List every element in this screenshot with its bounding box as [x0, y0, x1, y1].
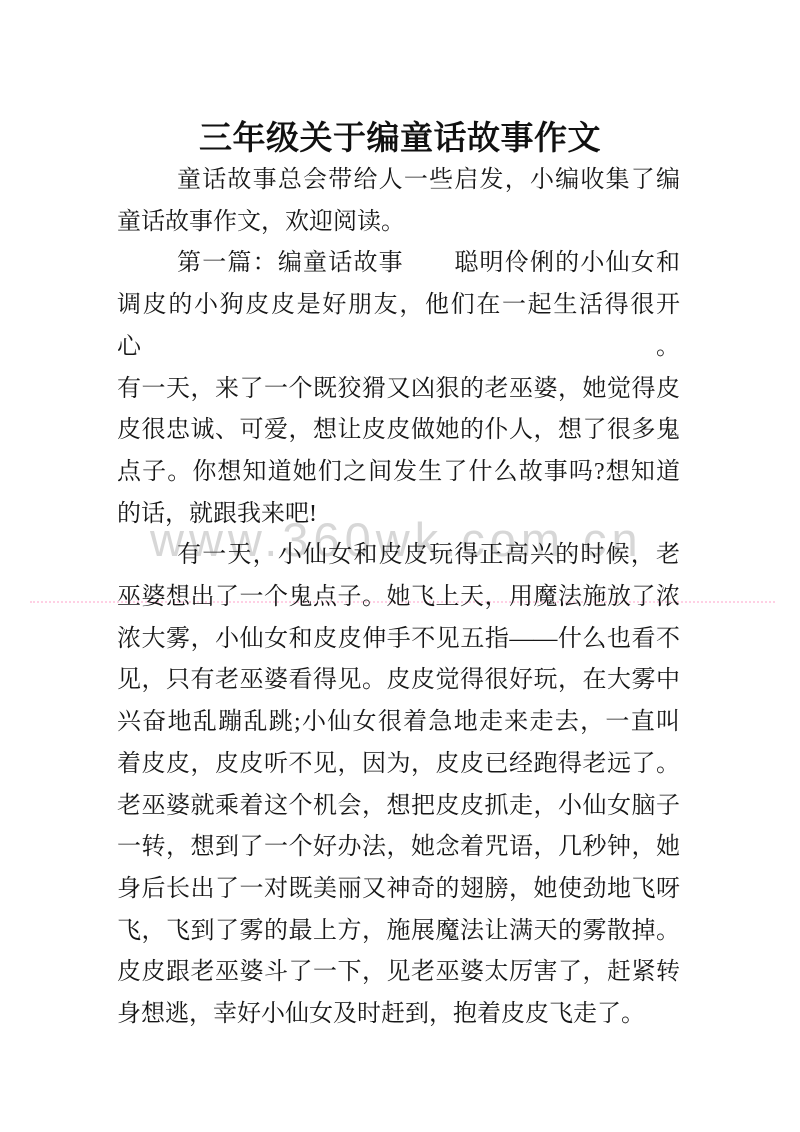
text-line: 飞，飞到了雾的最上方，施展魔法让满天的雾散掉。 — [117, 911, 680, 953]
text-line: 老巫婆就乘着这个机会，想把皮皮抓走，小仙女脑子 — [117, 786, 680, 828]
text-line: 一转，想到了一个好办法，她念着咒语，几秒钟，她 — [117, 827, 680, 869]
text-line: 童话故事总会带给人一些启发，小编收集了编 — [117, 160, 680, 202]
text-line: 点子。你想知道她们之间发生了什么故事吗?想知道 — [117, 452, 680, 494]
document-page: www.360wk.com.cn 三年级关于编童话故事作文 童话故事总会带给人一… — [0, 0, 800, 1132]
text-line: 见，只有老巫婆看得见。皮皮觉得很好玩，在大雾中 — [117, 660, 680, 702]
text-line: 着皮皮，皮皮听不见，因为，皮皮已经跑得老远了。 — [117, 744, 680, 786]
text-line: 身后长出了一对既美丽又神奇的翅膀，她使劲地飞呀 — [117, 869, 680, 911]
text-line: 巫婆想出了一个鬼点子。她飞上天，用魔法施放了浓 — [117, 577, 680, 619]
page-title: 三年级关于编童话故事作文 — [0, 116, 800, 162]
text-line: 调皮的小狗皮皮是好朋友，他们在一起生活得很开心。 — [117, 285, 680, 368]
text-line: 皮很忠诚、可爱，想让皮皮做她的仆人，想了很多鬼 — [117, 410, 680, 452]
text-line: 兴奋地乱蹦乱跳;小仙女很着急地走来走去，一直叫 — [117, 702, 680, 744]
text-line: 皮皮跟老巫婆斗了一下，见老巫婆太厉害了，赶紧转 — [117, 952, 680, 994]
text-line: 浓大雾，小仙女和皮皮伸手不见五指——什么也看不 — [117, 619, 680, 661]
text-line: 第一篇：编童话故事 聪明伶俐的小仙女和 — [117, 243, 680, 285]
text-line: 的话，就跟我来吧! — [117, 494, 680, 536]
text-line: 有一天，小仙女和皮皮玩得正高兴的时候，老 — [117, 535, 680, 577]
text-line: 童话故事作文，欢迎阅读。 — [117, 202, 680, 244]
text-line: 有一天，来了一个既狡猾又凶狠的老巫婆，她觉得皮 — [117, 369, 680, 411]
document-body: 童话故事总会带给人一些启发，小编收集了编童话故事作文，欢迎阅读。第一篇：编童话故… — [117, 160, 680, 1036]
text-line: 身想逃，幸好小仙女及时赶到，抱着皮皮飞走了。 — [117, 994, 680, 1036]
